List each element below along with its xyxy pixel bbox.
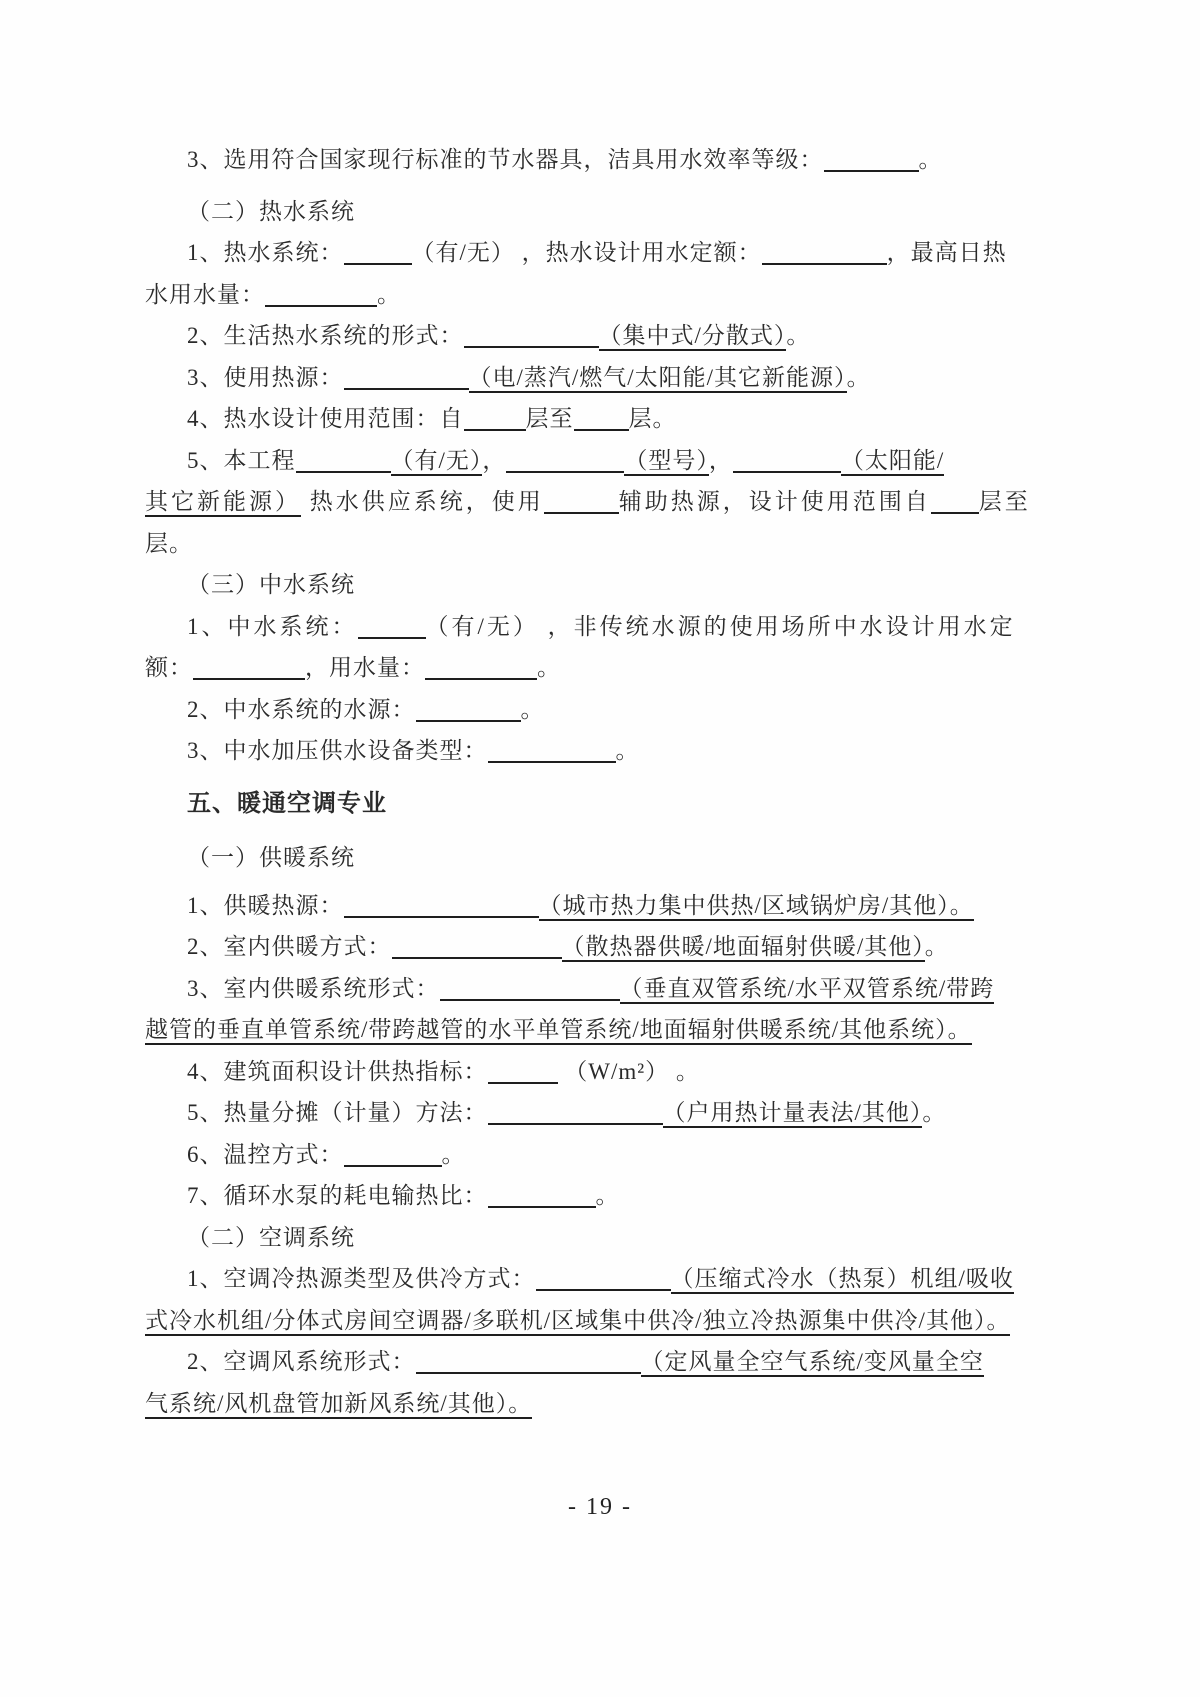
text-segment: 3、中水加压供水设备类型： bbox=[187, 738, 488, 763]
blank-field bbox=[488, 1183, 596, 1208]
item-hot-water-5-cont2: 层。 bbox=[145, 523, 1070, 565]
blank-field bbox=[544, 489, 619, 514]
blank-field bbox=[344, 240, 412, 265]
section-hot-water-system: （二）热水系统 bbox=[145, 191, 1070, 233]
text-segment: 5、热量分摊（计量）方法： bbox=[187, 1100, 488, 1125]
underlined-text: （垂直双管系统/水平双管系统/带跨 bbox=[620, 976, 995, 1004]
text-segment: （三）中水系统 bbox=[187, 572, 355, 597]
heading-hvac-specialty: 五、暖通空调专业 bbox=[145, 784, 1070, 826]
blank-field bbox=[265, 282, 377, 307]
section-ac-system: （二）空调系统 bbox=[145, 1217, 1070, 1259]
blank-field bbox=[344, 893, 539, 918]
text-segment: 3、选用符合国家现行标准的节水器具，洁具用水效率等级： bbox=[187, 147, 824, 172]
text-segment: 。 bbox=[596, 1183, 620, 1208]
text-segment: （一）供暖系统 bbox=[187, 845, 355, 870]
text-segment: 5、本工程 bbox=[187, 448, 296, 473]
blank-field bbox=[931, 489, 979, 514]
document-page: 3、选用符合国家现行标准的节水器具，洁具用水效率等级：。（二）热水系统1、热水系… bbox=[0, 0, 1200, 1697]
text-segment: 7、循环水泵的耗电输热比： bbox=[187, 1183, 488, 1208]
blank-field bbox=[536, 1266, 671, 1291]
blank-field bbox=[488, 1100, 663, 1125]
text-segment: 2、空调风系统形式： bbox=[187, 1349, 416, 1374]
text-segment: 层至 bbox=[526, 406, 574, 431]
blank-field bbox=[824, 147, 919, 172]
text-segment: 。 bbox=[925, 934, 949, 959]
blank-field bbox=[464, 406, 526, 431]
blank-field bbox=[193, 655, 305, 680]
text-segment: 层至 bbox=[979, 489, 1031, 514]
text-segment: （W/m²） 。 bbox=[558, 1059, 700, 1084]
item-water-saving-fixtures: 3、选用符合国家现行标准的节水器具，洁具用水效率等级：。 bbox=[145, 139, 1070, 181]
text-segment: （二）热水系统 bbox=[187, 199, 355, 224]
text-segment: 3、使用热源： bbox=[187, 365, 344, 390]
item-reclaimed-2: 2、中水系统的水源：。 bbox=[145, 689, 1070, 731]
underlined-text: （定风量全空气系统/变风量全空 bbox=[641, 1349, 984, 1377]
text-segment: 五、暖通空调专业 bbox=[187, 791, 387, 817]
text-segment: ，用水量： bbox=[305, 655, 425, 680]
text-segment: 。 bbox=[847, 365, 871, 390]
item-heating-2: 2、室内供暖方式：（散热器供暖/地面辐射供暖/其他）。 bbox=[145, 926, 1070, 968]
blank-field bbox=[488, 738, 616, 763]
blank-field bbox=[762, 240, 887, 265]
blank-field bbox=[344, 365, 469, 390]
text-segment: 。 bbox=[616, 738, 640, 763]
text-segment: ，最高日热 bbox=[887, 240, 1007, 265]
underlined-text: （有/无） bbox=[391, 448, 483, 476]
item-hot-water-1: 1、热水系统：（有/无） ，热水设计用水定额：，最高日热 bbox=[145, 232, 1070, 274]
item-reclaimed-3: 3、中水加压供水设备类型：。 bbox=[145, 730, 1070, 772]
text-segment: 6、温控方式： bbox=[187, 1142, 344, 1167]
text-segment: 热水供应系统，使用 bbox=[301, 489, 544, 514]
underlined-text: 其它新能源） bbox=[145, 489, 301, 517]
underlined-text: 气系统/风机盘管加新风系统/其他）。 bbox=[145, 1391, 532, 1419]
blank-field bbox=[296, 448, 391, 473]
underlined-text: 式冷水机组/分体式房间空调器/多联机/区域集中供冷/独立冷热源集中供冷/其他）。 bbox=[145, 1308, 1010, 1336]
document-lines: 3、选用符合国家现行标准的节水器具，洁具用水效率等级：。（二）热水系统1、热水系… bbox=[145, 139, 1070, 1424]
text-segment: 2、中水系统的水源： bbox=[187, 697, 416, 722]
text-segment: 。 bbox=[919, 147, 943, 172]
text-segment: 1、热水系统： bbox=[187, 240, 344, 265]
text-segment: 1、空调冷热源类型及供冷方式： bbox=[187, 1266, 536, 1291]
item-reclaimed-1: 1、中水系统：（有/无） ，非传统水源的使用场所中水设计用水定 bbox=[145, 606, 1070, 648]
blank-field bbox=[392, 934, 562, 959]
text-segment: 2、室内供暖方式： bbox=[187, 934, 392, 959]
blank-field bbox=[425, 655, 537, 680]
text-segment: ， bbox=[482, 448, 506, 473]
blank-field bbox=[440, 976, 620, 1001]
text-segment: 。 bbox=[786, 323, 810, 348]
blank-field bbox=[464, 323, 599, 348]
blank-field bbox=[506, 448, 624, 473]
text-segment: 水用水量： bbox=[145, 282, 265, 307]
item-heating-5: 5、热量分摊（计量）方法：（户用热计量表法/其他）。 bbox=[145, 1092, 1070, 1134]
section-reclaimed-water-system: （三）中水系统 bbox=[145, 564, 1070, 606]
blank-field bbox=[488, 1059, 558, 1084]
item-heating-6: 6、温控方式：。 bbox=[145, 1134, 1070, 1176]
text-segment: 。 bbox=[442, 1142, 466, 1167]
item-heating-3: 3、室内供暖系统形式：（垂直双管系统/水平双管系统/带跨 bbox=[145, 968, 1070, 1010]
text-segment: 。 bbox=[521, 697, 545, 722]
blank-field bbox=[358, 614, 426, 639]
item-hot-water-4: 4、热水设计使用范围：自层至层。 bbox=[145, 398, 1070, 440]
item-hot-water-3: 3、使用热源：（电/蒸汽/燃气/太阳能/其它新能源）。 bbox=[145, 357, 1070, 399]
item-heating-1: 1、供暖热源：（城市热力集中供热/区域锅炉房/其他）。 bbox=[145, 885, 1070, 927]
text-segment: 1、中水系统： bbox=[187, 614, 358, 639]
item-hot-water-5-cont1: 其它新能源） 热水供应系统，使用辅助热源，设计使用范围自层至 bbox=[145, 481, 1070, 523]
item-hot-water-2: 2、生活热水系统的形式：（集中式/分散式）。 bbox=[145, 315, 1070, 357]
text-segment: 额： bbox=[145, 655, 193, 680]
item-hot-water-5: 5、本工程（有/无），（型号），（太阳能/ bbox=[145, 440, 1070, 482]
item-ac-1-cont: 式冷水机组/分体式房间空调器/多联机/区域集中供冷/独立冷热源集中供冷/其他）。 bbox=[145, 1300, 1070, 1342]
blank-field bbox=[733, 448, 841, 473]
underlined-text: （散热器供暖/地面辐射供暖/其他） bbox=[562, 934, 925, 962]
text-segment: 。 bbox=[377, 282, 401, 307]
text-segment: ， bbox=[709, 448, 733, 473]
text-segment: （二）空调系统 bbox=[187, 1225, 355, 1250]
blank-field bbox=[416, 1349, 641, 1374]
underlined-text: （压缩式冷水（热泵）机组/吸收 bbox=[671, 1266, 1014, 1294]
text-segment: 3、室内供暖系统形式： bbox=[187, 976, 440, 1001]
underlined-text: （型号） bbox=[624, 448, 709, 476]
text-segment: 2、生活热水系统的形式： bbox=[187, 323, 464, 348]
text-segment: 1、供暖热源： bbox=[187, 893, 344, 918]
underlined-text: （太阳能/ bbox=[841, 448, 944, 476]
underlined-text: （户用热计量表法/其他） bbox=[663, 1100, 923, 1128]
text-segment: 4、建筑面积设计供热指标： bbox=[187, 1059, 488, 1084]
text-segment: 层。 bbox=[629, 406, 677, 431]
item-heating-7: 7、循环水泵的耗电输热比：。 bbox=[145, 1175, 1070, 1217]
underlined-text: （电/蒸汽/燃气/太阳能/其它新能源） bbox=[469, 365, 847, 393]
text-segment: 。 bbox=[922, 1100, 946, 1125]
item-ac-2-cont: 气系统/风机盘管加新风系统/其他）。 bbox=[145, 1383, 1070, 1425]
blank-field bbox=[344, 1142, 442, 1167]
text-segment: 层。 bbox=[145, 531, 193, 556]
text-segment: 。 bbox=[537, 655, 561, 680]
text-segment: 4、热水设计使用范围：自 bbox=[187, 406, 464, 431]
item-hot-water-1-cont: 水用水量：。 bbox=[145, 274, 1070, 316]
text-segment: 辅助热源，设计使用范围自 bbox=[619, 489, 931, 514]
underlined-text: （集中式/分散式） bbox=[599, 323, 787, 351]
text-segment: （有/无） ，非传统水源的使用场所中水设计用水定 bbox=[426, 614, 1016, 639]
text-segment: （有/无） ，热水设计用水定额： bbox=[412, 240, 762, 265]
underlined-text: 越管的垂直单管系统/带跨越管的水平单管系统/地面辐射供暖系统/其他系统）。 bbox=[145, 1017, 972, 1045]
item-ac-2: 2、空调风系统形式：（定风量全空气系统/变风量全空 bbox=[145, 1341, 1070, 1383]
item-heating-4: 4、建筑面积设计供热指标： （W/m²） 。 bbox=[145, 1051, 1070, 1093]
item-ac-1: 1、空调冷热源类型及供冷方式：（压缩式冷水（热泵）机组/吸收 bbox=[145, 1258, 1070, 1300]
underlined-text: （城市热力集中供热/区域锅炉房/其他）。 bbox=[539, 893, 974, 921]
item-heating-3-cont: 越管的垂直单管系统/带跨越管的水平单管系统/地面辐射供暖系统/其他系统）。 bbox=[145, 1009, 1070, 1051]
section-heating-system: （一）供暖系统 bbox=[145, 837, 1070, 879]
page-number: - 19 - bbox=[0, 1494, 1200, 1521]
item-reclaimed-1-cont: 额：，用水量：。 bbox=[145, 647, 1070, 689]
blank-field bbox=[416, 697, 521, 722]
blank-field bbox=[574, 406, 629, 431]
